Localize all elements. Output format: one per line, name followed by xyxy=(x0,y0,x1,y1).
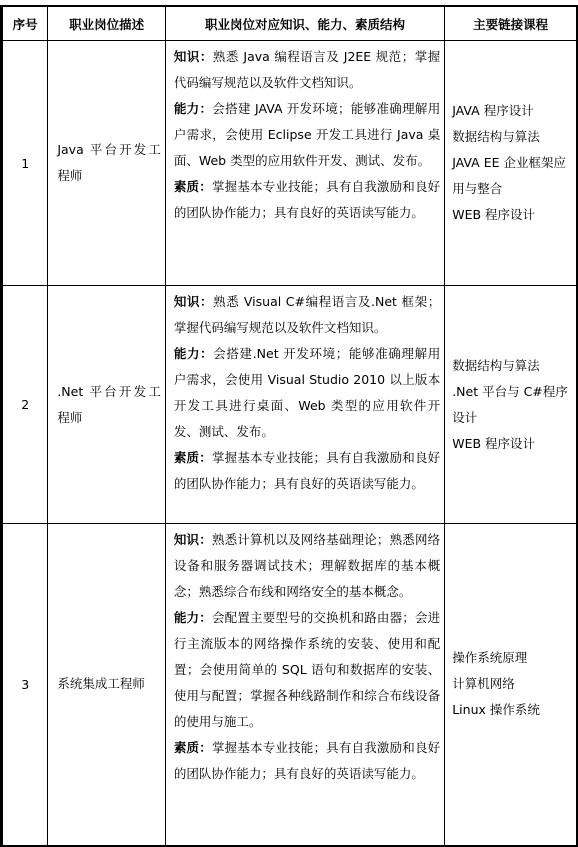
quality-paragraph: 素质：掌握基本专业技能；具有自我激励和良好的团队协作能力；具有良好的英语读写能力… xyxy=(174,445,440,497)
ability-label: 能力： xyxy=(174,101,212,116)
header-role: 职业岗位描述 xyxy=(48,6,166,41)
competency-cell: 知识：熟悉 Java 编程语言及 J2EE 规范；掌握代码编写规范以及软件文档知… xyxy=(165,41,444,286)
header-index: 序号 xyxy=(2,6,48,41)
knowledge-paragraph: 知识：熟悉 Visual C#编程语言及.Net 框架；掌握代码编写规范以及软件… xyxy=(174,289,440,341)
quality-text: 掌握基本专业技能；具有自我激励和良好的团队协作能力；具有良好的英语读写能力。 xyxy=(174,740,440,781)
role-description: Java 平台开发工程师 xyxy=(48,41,166,286)
course-item: 数据结构与算法 xyxy=(452,124,572,150)
role-description: .Net 平台开发工程师 xyxy=(48,286,166,524)
course-item: Linux 操作系统 xyxy=(452,697,572,723)
ability-paragraph: 能力：会配置主要型号的交换机和路由器；会进行主流版本的网络操作系统的安装、使用和… xyxy=(174,605,440,735)
course-item: JAVA 程序设计 xyxy=(452,98,572,124)
ability-paragraph: 能力：会搭建.Net 开发环境；能够准确理解用户需求，会使用 Visual St… xyxy=(174,341,440,445)
header-courses: 主要链接课程 xyxy=(445,6,577,41)
header-competency: 职业岗位对应知识、能力、素质结构 xyxy=(165,6,444,41)
knowledge-text: 熟悉计算机以及网络基础理论；熟悉网络设备和服务器调试技术；理解数据库的基本概念；… xyxy=(174,532,440,599)
course-item: WEB 程序设计 xyxy=(452,202,572,228)
ability-text: 会搭建 JAVA 开发环境；能够准确理解用户需求，会使用 Eclipse 开发工… xyxy=(174,101,440,168)
quality-label: 素质： xyxy=(174,179,212,194)
course-item: JAVA EE 企业框架应用与整合 xyxy=(452,150,572,202)
knowledge-label: 知识： xyxy=(174,532,212,547)
quality-label: 素质： xyxy=(174,450,212,465)
competency-cell: 知识：熟悉 Visual C#编程语言及.Net 框架；掌握代码编写规范以及软件… xyxy=(165,286,444,524)
courses-cell: 数据结构与算法 .Net 平台与 C#程序设计 WEB 程序设计 xyxy=(445,286,577,524)
course-item: WEB 程序设计 xyxy=(452,431,572,457)
table-header-row: 序号 职业岗位描述 职业岗位对应知识、能力、素质结构 主要链接课程 xyxy=(2,6,578,41)
quality-paragraph: 素质：掌握基本专业技能；具有自我激励和良好的团队协作能力；具有良好的英语读写能力… xyxy=(174,174,440,226)
knowledge-paragraph: 知识：熟悉 Java 编程语言及 J2EE 规范；掌握代码编写规范以及软件文档知… xyxy=(174,44,440,96)
knowledge-text: 熟悉 Visual C#编程语言及.Net 框架；掌握代码编写规范以及软件文档知… xyxy=(174,294,440,335)
courses-cell: 操作系统原理 计算机网络 Linux 操作系统 xyxy=(445,524,577,846)
ability-text: 会配置主要型号的交换机和路由器；会进行主流版本的网络操作系统的安装、使用和配置；… xyxy=(174,610,440,729)
courses-cell: JAVA 程序设计 数据结构与算法 JAVA EE 企业框架应用与整合 WEB … xyxy=(445,41,577,286)
course-item: 计算机网络 xyxy=(452,671,572,697)
table-row: 3 系统集成工程师 知识：熟悉计算机以及网络基础理论；熟悉网络设备和服务器调试技… xyxy=(2,524,578,846)
table-row: 2 .Net 平台开发工程师 知识：熟悉 Visual C#编程语言及.Net … xyxy=(2,286,578,524)
knowledge-paragraph: 知识：熟悉计算机以及网络基础理论；熟悉网络设备和服务器调试技术；理解数据库的基本… xyxy=(174,527,440,605)
knowledge-text: 熟悉 Java 编程语言及 J2EE 规范；掌握代码编写规范以及软件文档知识。 xyxy=(174,49,440,90)
curriculum-table: 序号 职业岗位描述 职业岗位对应知识、能力、素质结构 主要链接课程 1 Java… xyxy=(0,5,578,847)
competency-cell: 知识：熟悉计算机以及网络基础理论；熟悉网络设备和服务器调试技术；理解数据库的基本… xyxy=(165,524,444,846)
course-item: 数据结构与算法 xyxy=(452,353,572,379)
quality-paragraph: 素质：掌握基本专业技能；具有自我激励和良好的团队协作能力；具有良好的英语读写能力… xyxy=(174,735,440,787)
ability-label: 能力： xyxy=(174,610,212,625)
row-index: 1 xyxy=(2,41,48,286)
table-row: 1 Java 平台开发工程师 知识：熟悉 Java 编程语言及 J2EE 规范；… xyxy=(2,41,578,286)
knowledge-label: 知识： xyxy=(174,294,213,309)
ability-text: 会搭建.Net 开发环境；能够准确理解用户需求，会使用 Visual Studi… xyxy=(174,346,440,439)
knowledge-label: 知识： xyxy=(174,49,213,64)
row-index: 3 xyxy=(2,524,48,846)
course-item: 操作系统原理 xyxy=(452,645,572,671)
role-description: 系统集成工程师 xyxy=(48,524,166,846)
ability-label: 能力： xyxy=(174,346,213,361)
quality-text: 掌握基本专业技能；具有自我激励和良好的团队协作能力；具有良好的英语读写能力。 xyxy=(174,450,440,491)
ability-paragraph: 能力：会搭建 JAVA 开发环境；能够准确理解用户需求，会使用 Eclipse … xyxy=(174,96,440,174)
quality-label: 素质： xyxy=(174,740,212,755)
course-item: .Net 平台与 C#程序设计 xyxy=(452,379,572,431)
row-index: 2 xyxy=(2,286,48,524)
quality-text: 掌握基本专业技能；具有自我激励和良好的团队协作能力；具有良好的英语读写能力。 xyxy=(174,179,440,220)
